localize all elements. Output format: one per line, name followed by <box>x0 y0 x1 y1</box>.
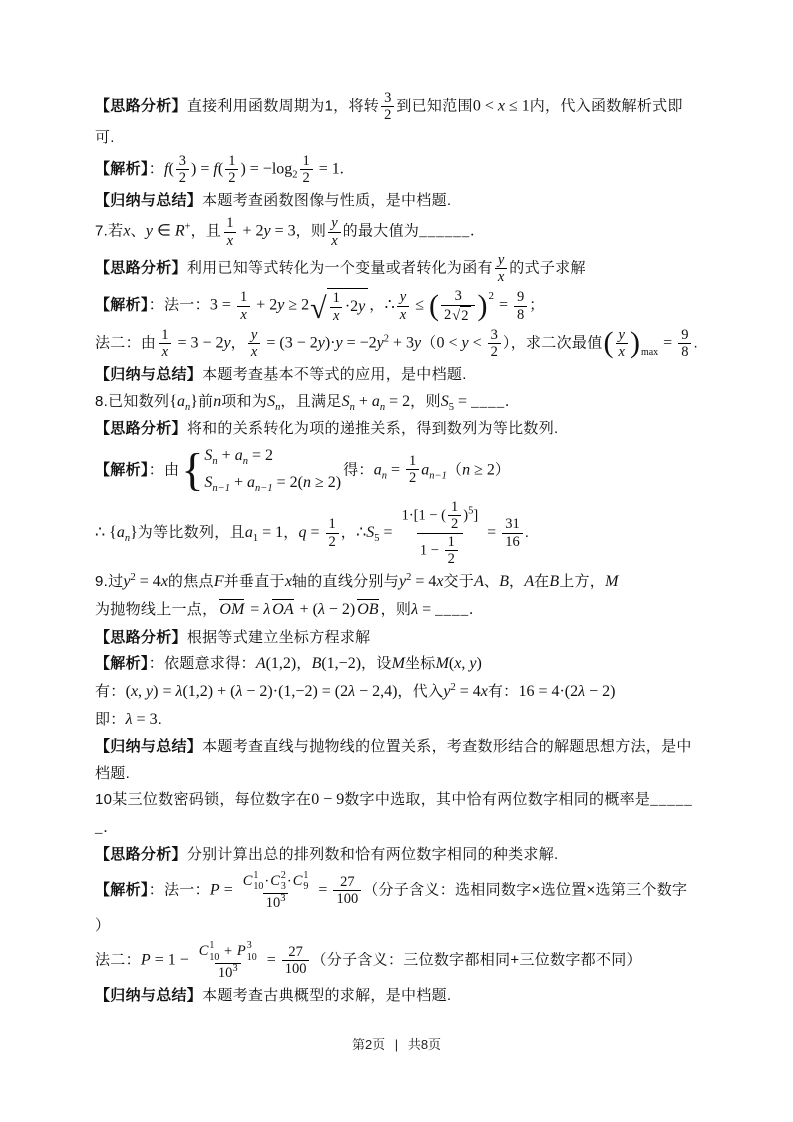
math-run: = <box>380 524 397 541</box>
math-variable: x <box>123 223 130 240</box>
math-run: + 2 <box>238 223 263 240</box>
math-run: . <box>469 601 473 618</box>
math-run: · <box>287 873 292 889</box>
numerator: y <box>328 215 340 231</box>
comb-indices: 110 <box>253 870 263 893</box>
cases-rows: Sn + an = 2Sn−1 + an−1 = 2(n ≥ 2) <box>204 444 341 497</box>
text-run: 并垂直于 <box>224 573 285 590</box>
section-label: 【思路分析】 <box>95 260 187 277</box>
math-run: = 2 <box>248 447 273 464</box>
text-run: （分子含义：三位数字都相同+三位数字都不同） <box>311 952 641 969</box>
math-run: { <box>169 393 177 410</box>
numerator: y <box>616 327 628 343</box>
comb-base: C <box>270 873 280 889</box>
math-run: + <box>218 447 235 464</box>
text-run: ， <box>509 573 524 590</box>
q9-solution-line2: 有：(x, y) = λ(1,2) + (λ − 2)·(1,−2) = (2λ… <box>95 680 707 705</box>
math-run: = <box>659 335 676 352</box>
fraction: 12 <box>445 534 458 567</box>
math-variable: a <box>245 524 253 541</box>
math-run: = 2( <box>273 474 303 491</box>
math-run: ) = <box>153 683 175 700</box>
numerator: y <box>248 327 260 343</box>
fraction: 12 <box>225 153 238 186</box>
text-run: 将和的关系转化为项的递推关系，得到数列为等比数列. <box>187 420 559 437</box>
denominator: 2 <box>225 169 238 186</box>
math-run: 2 <box>444 307 451 323</box>
math-run: (1,2) <box>266 655 297 672</box>
denominator: 2 <box>488 343 501 360</box>
q10-statement-line2: _. <box>95 816 707 841</box>
math-variable: S <box>267 393 275 410</box>
text-run: 的最大值为 <box>343 223 420 240</box>
math-run: = 3 <box>271 223 296 240</box>
text-run: ：由 <box>149 461 180 478</box>
text-run: ， <box>296 655 311 672</box>
text-run: 10某三位数密码锁，每位数字在 <box>95 791 311 808</box>
math-variable: x <box>333 308 339 324</box>
math-variable: a <box>235 447 243 464</box>
math-variable: S <box>342 393 350 410</box>
text-run: 得： <box>343 461 374 478</box>
math-variable: A <box>474 573 484 590</box>
cases-group: {Sn + an = 2Sn−1 + an−1 = 2(n ≥ 2) <box>181 444 341 497</box>
math-run: 1 <box>303 153 310 169</box>
section-label: 【解析】 <box>95 461 149 478</box>
text-run: ， <box>283 524 298 541</box>
paren-group: (yx)max <box>604 327 659 360</box>
denominator: 16 <box>502 533 523 550</box>
q10-solution-method2: 法二：P = 1 − C110 + P310103 = 27100（分子含义：三… <box>95 940 707 981</box>
math-run: 3 <box>491 327 498 343</box>
comb-base: C <box>199 943 209 959</box>
comb-base: C <box>293 873 303 889</box>
math-variable: x <box>240 307 246 323</box>
text-run: 为等比数列，且 <box>138 524 245 541</box>
math-variable: x <box>481 683 488 700</box>
math-run: 1 <box>333 290 340 306</box>
math-run: = <box>307 524 324 541</box>
math-variable: S <box>441 393 449 410</box>
text-run: ， <box>231 335 246 352</box>
document-body: 【思路分析】直接利用函数周期为1，将转32到已知范围0 < x ≤ 1内，代入函… <box>95 90 707 1010</box>
math-variable: y <box>146 223 153 240</box>
close-paren: ) <box>630 329 640 358</box>
math-variable: y <box>331 215 337 231</box>
math-run: 3 <box>384 90 391 106</box>
math-run: 27 <box>288 944 303 960</box>
math-run: 2 <box>491 344 498 360</box>
math-run: 2 <box>329 534 336 550</box>
q9-statement-line2: 为抛物线上一点，OM = λOA + (λ − 2)OB，则λ = ____. <box>95 598 707 623</box>
math-run: · <box>264 873 269 889</box>
numerator: 27 <box>285 944 306 960</box>
math-run: ) <box>476 655 481 672</box>
math-run: ≤ <box>411 297 428 314</box>
comb-indices: 19 <box>303 870 308 893</box>
math-run: = 1 − <box>151 952 193 969</box>
q10-analysis: 【思路分析】分别计算出总的排列数和恰有两位数字相同的种类求解. <box>95 843 707 866</box>
math-run: 0 − 9 <box>311 791 344 808</box>
text-run: ） <box>495 461 510 478</box>
math-run: . <box>104 819 108 836</box>
math-run: = <box>220 881 237 898</box>
comb-superscript: 2 <box>281 870 286 882</box>
numerator: 1 <box>223 215 236 231</box>
cases-row: Sn + an = 2 <box>204 444 341 469</box>
comb-superscript: 1 <box>209 940 219 952</box>
q7-solution-method2: 法二：由1x = 3 − 2y，yx = (3 − 2y)·y = −2y2 +… <box>95 327 707 360</box>
radical: √1x·2y <box>310 288 368 323</box>
math-run: 2 <box>451 516 458 532</box>
denominator: x <box>328 232 340 249</box>
cases-row: Sn−1 + an−1 = 2(n ≥ 2) <box>204 471 341 496</box>
text-run: 本题考查古典概型的求解，是中档题. <box>202 987 451 1004</box>
subscript: n−1 <box>212 483 230 494</box>
math-run: 1 <box>448 534 455 550</box>
math-variable: OB <box>357 601 378 618</box>
math-run: (1,2) + ( <box>182 683 235 700</box>
text-run: 到已知范围 <box>396 98 473 115</box>
math-variable: A <box>256 655 266 672</box>
numerator: 1 <box>330 290 343 306</box>
math-variable: y <box>251 327 257 343</box>
text-run: 的焦点 <box>168 573 214 590</box>
answer-blank: ____ <box>471 394 505 410</box>
numerator: y <box>397 289 409 305</box>
math-run: 1 <box>409 453 416 469</box>
text-run: 项和为 <box>221 393 267 410</box>
math-run: = <box>495 297 512 314</box>
math-variable: a <box>177 393 185 410</box>
denominator: x <box>224 232 236 249</box>
paren-content: 32√2 <box>439 288 477 323</box>
q9-analysis: 【思路分析】根据等式建立坐标方程求解 <box>95 626 707 649</box>
fraction: 32√2 <box>441 288 475 323</box>
comb-superscript: 1 <box>303 870 308 882</box>
subscript: n−1 <box>255 483 273 494</box>
text-run: 9.过 <box>95 573 123 590</box>
math-run: ≥ 2) <box>311 474 341 491</box>
text-run: . <box>525 524 529 541</box>
text-run: 8.已知数列 <box>95 393 169 410</box>
denominator: x <box>330 307 342 324</box>
numerator: 9 <box>678 327 691 343</box>
math-run: (1,−2) <box>321 655 361 672</box>
section-label: 【归纳与总结】 <box>95 366 202 383</box>
comb-base: P <box>237 943 246 959</box>
radicand: 2 <box>460 306 471 324</box>
math-run: 8 <box>681 344 688 360</box>
radical: √2 <box>452 306 471 324</box>
math-run: = 4 <box>456 683 481 700</box>
group-subscript: max <box>641 345 658 361</box>
numerator: 1 <box>225 153 238 169</box>
fraction: yx <box>495 252 507 285</box>
text-run: 根据等式建立坐标方程求解 <box>187 629 371 646</box>
math-run: 1 <box>161 327 168 343</box>
math-run: ∴ { <box>95 524 117 541</box>
math-run: 16 <box>505 534 520 550</box>
math-run: − 2)·(1,−2) = (2 <box>242 683 348 700</box>
denominator: 2 <box>326 533 339 550</box>
math-run: = (3 − 2 <box>262 335 317 352</box>
comb-indices: 110 <box>209 940 219 963</box>
open-paren: ( <box>604 329 614 358</box>
footer-separator: | <box>395 1037 398 1052</box>
math-run: ( <box>218 160 223 177</box>
math-variable: x <box>227 233 233 249</box>
denominator: 103 <box>215 963 241 981</box>
comb-subscript: 10 <box>209 952 219 964</box>
close-paren: ) <box>477 292 487 321</box>
section-label: 【归纳与总结】 <box>95 192 202 209</box>
math-run: ] <box>473 508 478 524</box>
math-run: 1 <box>329 516 336 532</box>
numerator: 3 <box>488 327 501 343</box>
text-run: 分别计算出总的排列数和恰有两位数字相同的种类求解. <box>187 846 559 863</box>
vector-overline: OM <box>219 599 244 619</box>
denominator: 2 <box>300 169 313 186</box>
fraction: yx <box>397 289 409 322</box>
math-run: 3 <box>179 153 186 169</box>
fraction: yx <box>328 215 340 248</box>
math-run: ≤ 1 <box>505 98 530 115</box>
denominator: x <box>397 306 409 323</box>
math-variable: A <box>524 573 534 590</box>
numerator: 27 <box>337 874 358 890</box>
math-run: 100 <box>336 891 358 907</box>
comb-subscript: 10 <box>247 952 257 964</box>
math-run: = 1 <box>258 524 283 541</box>
math-variable: M <box>392 655 405 672</box>
denominator: x <box>237 306 249 323</box>
math-run: ∈ <box>153 223 175 240</box>
denominator: x <box>248 343 260 360</box>
answer-blank: ______ <box>419 224 470 240</box>
text-run: 7.若 <box>95 223 123 240</box>
comb-indices: 23 <box>281 870 286 893</box>
math-variable: OM <box>219 601 244 618</box>
math-run: 2 <box>228 170 235 186</box>
math-run: 2 <box>448 551 455 567</box>
text-run: ） <box>95 917 110 934</box>
denominator: 8 <box>678 343 691 360</box>
fraction: 12 <box>448 499 461 532</box>
q10-solution-method1-close: ） <box>95 914 707 937</box>
subscript: 2 <box>292 169 297 180</box>
fraction: 1x <box>330 290 343 323</box>
section-label: 【思路分析】 <box>95 846 187 863</box>
text-run: ： <box>149 160 164 177</box>
text-run: 上方， <box>559 573 605 590</box>
text-run: 可. <box>95 129 115 146</box>
paren-content: yx <box>614 327 630 360</box>
q7-summary: 【归纳与总结】本题考查基本不等式的应用，是中档题. <box>95 363 707 386</box>
math-variable: x <box>619 344 625 360</box>
math-variable: OA <box>272 601 293 618</box>
superscript: 3 <box>280 893 285 904</box>
text-run: 交于 <box>444 573 475 590</box>
math-run: ≥ 2 <box>470 461 495 478</box>
comb-superscript: 3 <box>247 940 257 952</box>
text-run: 有： <box>488 683 519 700</box>
math-run: 100 <box>285 961 307 977</box>
denominator: x <box>616 343 628 360</box>
denominator: 2 <box>445 550 458 567</box>
text-run: 法二： <box>95 952 141 969</box>
denominator: 2 <box>406 469 419 486</box>
fraction: 1x <box>223 215 236 248</box>
denominator: 103 <box>263 893 289 911</box>
numerator: 3 <box>452 288 465 304</box>
text-run: 轴的直线分别与 <box>292 573 399 590</box>
math-run: 2 <box>384 107 391 123</box>
q8-statement: 8.已知数列{an}前n项和为Sn，且满足Sn + an = 2，则S5 = _… <box>95 390 707 415</box>
math-variable: y <box>318 335 325 352</box>
comb-symbol: C110 <box>243 870 264 893</box>
text-run: （ <box>421 335 436 352</box>
text-run: （ <box>447 461 462 478</box>
math-run: = <box>263 952 280 969</box>
math-run: − 2,4) <box>355 683 397 700</box>
page-number: 第2页 <box>352 1037 385 1052</box>
math-variable: M <box>605 573 618 590</box>
superscript: 3 <box>232 963 237 974</box>
text-run: ，且满足 <box>280 393 341 410</box>
q6-solution: 【解析】：f(32) = f(12) = −log212 = 1. <box>95 153 707 186</box>
text-run: 前 <box>198 393 213 410</box>
section-label: 【解析】 <box>95 160 149 177</box>
math-run: } <box>190 393 198 410</box>
text-run: 、 <box>131 223 146 240</box>
math-variable: y <box>358 295 365 320</box>
math-variable: x <box>436 573 443 590</box>
fraction: 27100 <box>282 944 310 977</box>
comb-symbol: C110 <box>199 940 220 963</box>
text-run: ； <box>529 297 544 314</box>
text-run: ， <box>369 297 384 314</box>
math-run: = −2 <box>343 335 377 352</box>
math-run: 1 <box>240 289 247 305</box>
math-variable: y <box>462 335 469 352</box>
math-variable: y <box>123 573 130 590</box>
comb-subscript: 10 <box>253 881 263 893</box>
numerator: 1 <box>448 499 461 515</box>
q9-statement-line1: 9.过y2 = 4x的焦点F并垂直于x轴的直线分别与y2 = 4x交于A、B，A… <box>95 570 707 595</box>
math-variable: n <box>462 461 470 478</box>
math-variable: B <box>499 573 509 590</box>
fraction: 32 <box>381 90 394 123</box>
section-label: 【思路分析】 <box>95 420 187 437</box>
fraction: 1x <box>158 327 171 360</box>
denominator: 100 <box>282 960 310 977</box>
denominator: 2 <box>176 169 189 186</box>
math-variable: x <box>162 344 168 360</box>
comb-subscript: 3 <box>281 881 286 893</box>
math-variable: y <box>336 335 343 352</box>
comb-symbol: C19 <box>293 870 309 893</box>
q9-solution-line3: 即：λ = 3. <box>95 708 707 733</box>
fraction: 98 <box>678 327 691 360</box>
numerator: 1 <box>300 153 313 169</box>
math-variable: y <box>619 327 625 343</box>
math-run: = <box>418 601 435 618</box>
text-run: ：依题意求得： <box>149 655 256 672</box>
comb-superscript: 1 <box>253 870 263 882</box>
math-run: ·2 <box>345 295 358 320</box>
math-variable: x <box>131 683 138 700</box>
math-run: ) = <box>191 160 213 177</box>
denominator: 2 <box>448 515 461 532</box>
math-run: = 2 <box>385 393 410 410</box>
math-run: = 3 <box>133 711 158 728</box>
math-variable: a <box>372 393 380 410</box>
fraction: 12 <box>300 153 313 186</box>
page-total: 共8页 <box>408 1037 441 1052</box>
math-variable: x <box>285 573 292 590</box>
text-run: 、 <box>484 573 499 590</box>
q8-analysis: 【思路分析】将和的关系转化为项的递推关系，得到数列为等比数列. <box>95 417 707 440</box>
denominator: 8 <box>514 306 527 323</box>
fraction: 32 <box>488 327 501 360</box>
math-run: = <box>246 601 263 618</box>
text-run: . <box>158 711 162 728</box>
q9-summary-line1: 【归纳与总结】本题考查直线与抛物线的位置关系，考查数形结合的解题思想方法，是中 <box>95 735 707 758</box>
denominator: 2√2 <box>441 305 475 324</box>
math-run: + ( <box>296 601 318 618</box>
text-run: 利用已知等式转化为一个变量或者转化为函有 <box>187 260 493 277</box>
math-variable: F <box>214 573 224 590</box>
text-run: ，设 <box>361 655 392 672</box>
text-run: ，代入 <box>397 683 443 700</box>
answer-blank: _ <box>95 820 104 836</box>
math-run: 1·[1 − ( <box>402 508 446 524</box>
section-label: 【解析】 <box>95 881 149 898</box>
text-run: 有： <box>95 683 126 700</box>
fraction: 27100 <box>333 874 361 907</box>
section-label: 【归纳与总结】 <box>95 987 202 1004</box>
math-run: − 2) <box>585 683 615 700</box>
q7-statement: 7.若x、y ∈ R+，且1x + 2y = 3，则yx的最大值为______. <box>95 215 707 248</box>
answer-blank: ____ <box>435 602 469 618</box>
comb-indices: 310 <box>247 940 257 963</box>
math-run: = 3 − 2 <box>173 335 223 352</box>
math-variable: P <box>210 881 220 898</box>
text-run: （分子含义：选相同数字×选位置×选第三个数字 <box>363 881 687 898</box>
math-variable: a <box>117 524 125 541</box>
text-run: 本题考查函数图像与性质，是中档题. <box>202 192 451 209</box>
page-footer: 第2页 | 共8页 <box>0 1034 793 1053</box>
math-run: 27 <box>340 874 355 890</box>
fraction: yx <box>248 327 260 360</box>
math-run: 9 <box>681 327 688 343</box>
text-run: ，则 <box>296 223 327 240</box>
cases-brace-icon: { <box>181 450 203 489</box>
math-run: 1 <box>226 215 233 231</box>
math-run: 31 <box>505 516 520 532</box>
math-run: 1 <box>451 499 458 515</box>
math-variable: λ <box>263 601 270 618</box>
math-run: = 4 <box>411 573 436 590</box>
radical-sign-icon: √ <box>452 306 460 324</box>
section-label: 【解析】 <box>95 297 149 314</box>
vector-overline: OA <box>272 599 293 619</box>
text-run: 数字中选取，其中恰有两位数字相同的概率是 <box>344 791 650 808</box>
math-variable: a <box>374 461 382 478</box>
math-run: )· <box>325 335 336 352</box>
math-run: = 4 <box>136 573 161 590</box>
